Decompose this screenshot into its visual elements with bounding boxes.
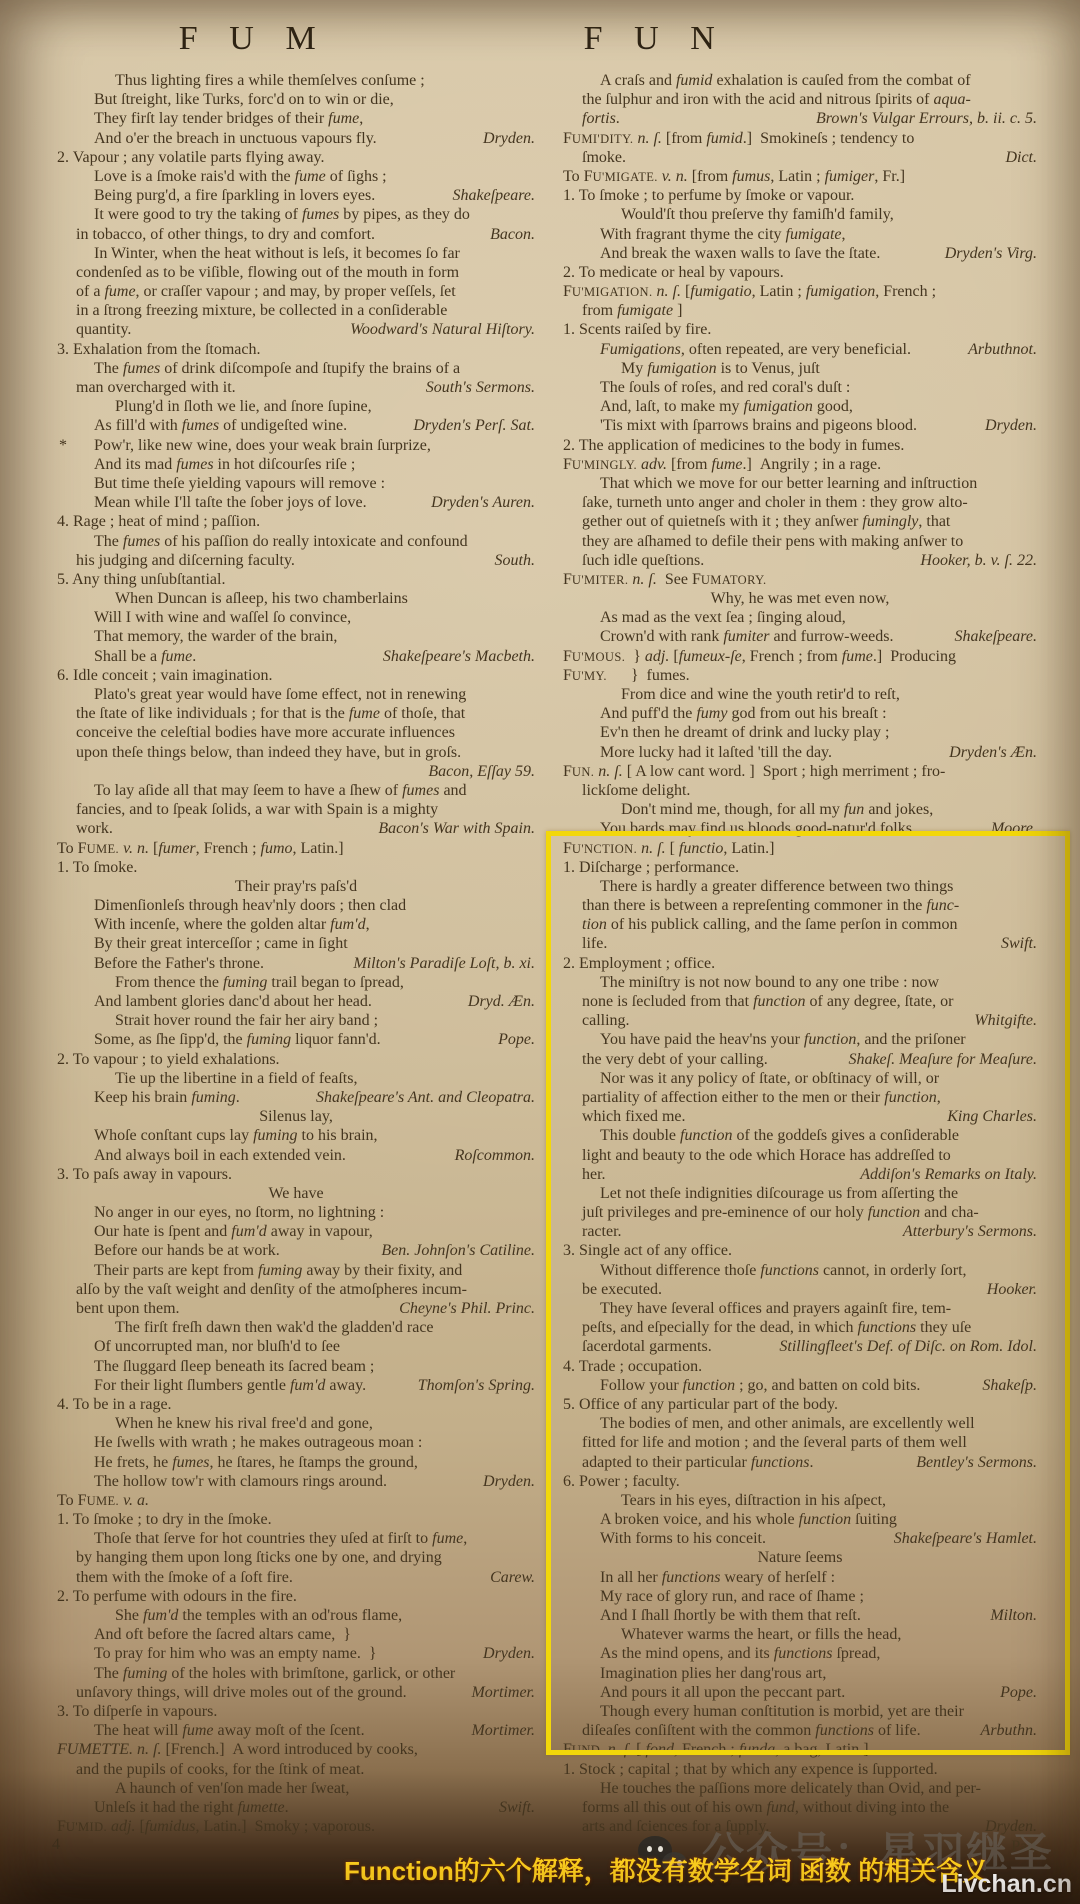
text-line: No anger in our eyes, no ſtorm, no light… [57,1203,535,1222]
text-line: To FUME. v. n. [fumer, French ; fumo, La… [57,839,535,858]
quote-attribution: Bacon, Eſſay 59. [428,762,535,781]
text-line: Whatever warms the heart, or fills the h… [563,1625,1037,1644]
text-line: Whoſe conſtant cups lay fuming to his br… [57,1126,535,1145]
text-line: Fumigations, often repeated, are very be… [563,340,1037,359]
text-line: He touches the paſſions more delicately … [563,1779,1037,1798]
quote-attribution: Roſcommon. [455,1146,535,1165]
quote-attribution: Shakeſpeare's Hamlet. [894,1529,1037,1548]
quote-attribution: Dryden's Virg. [945,244,1037,263]
text-line: forms all this out of his own fund, with… [563,1798,1037,1817]
text-line: FU'NCTION. n. ſ. [ functio, Latin.] [563,839,1037,858]
quote-attribution: Bacon. [490,225,535,244]
text-line: partiality of affection either to the me… [563,1088,1037,1107]
text-line: ſuch idle queſtions.Hooker, b. v. ſ. 22. [563,551,1037,570]
text-line: 1. Scents raiſed by fire. [563,320,1037,339]
text-line: FU'MINGLY. adv. [from fume.] Angrily ; i… [563,455,1037,474]
text-line: Unleſs it had the right fumette.Swift. [57,1798,535,1817]
text-line: her.Addiſon's Remarks on Italy. [563,1165,1037,1184]
text-line: From dice and wine the youth retir'd to … [563,685,1037,704]
quote-attribution: South's Sermons. [426,378,535,397]
text-line: From thence the fuming trail began to ſp… [57,973,535,992]
text-line: Shall be a fume.Shakeſpeare's Macbeth. [57,647,535,666]
quote-attribution: Swift. [1001,934,1037,953]
text-line: You bards may find us bloods good-natur'… [563,819,1037,838]
text-line: And I ſhall ſhortly be with them that re… [563,1606,1037,1625]
text-line: peſts, and eſpecially for the dead, in w… [563,1318,1037,1337]
text-line: Keep his brain fuming.Shakeſpeare's Ant.… [57,1088,535,1107]
text-line: She fum'd the temples with an od'rous fl… [57,1606,535,1625]
text-line: As the mind opens, and its functions ſpr… [563,1644,1037,1663]
text-line: they are aſhamed to defile their pens wi… [563,532,1037,551]
text-line: none is ſecluded from that function of a… [563,992,1037,1011]
text-line: 'Tis mixt with ſparrows brains and pigeo… [563,416,1037,435]
text-line: adapted to their particular functions.Be… [563,1453,1037,1472]
text-line: upon theſe things below, than indeed the… [57,743,535,762]
text-line: Our hate is ſpent and fum'd away in vapo… [57,1222,535,1241]
left-column: Thus lighting fires a while themſelves c… [57,71,535,1836]
text-line: My race of glory run, and race of ſhame … [563,1587,1037,1606]
text-line: And puff'd the fumy god from out his bre… [563,704,1037,723]
quote-attribution: Whitgifte. [974,1011,1037,1030]
text-line: There is hardly a greater difference bet… [563,877,1037,896]
quote-attribution: Pope. [1000,1683,1037,1702]
text-line: Love is a ſmoke rais'd with the fume of … [57,167,535,186]
quote-attribution: Dryden. [483,1644,535,1663]
text-line: To FUME. v. a. [57,1491,535,1510]
text-line: gether out of quietneſs with it ; they a… [563,512,1037,531]
quote-attribution: Dryden. [483,129,535,148]
quote-attribution: Ben. Johnſon's Catiline. [381,1241,535,1260]
text-line: And lambent glories danc'd about her hea… [57,992,535,1011]
quote-attribution: Swift. [499,1798,535,1817]
quote-attribution: Dryden's Æn. [949,743,1037,762]
text-line: The hollow tow'r with clamours rings aro… [57,1472,535,1491]
text-line: FUMI'DITY. n. ſ. [from fumid.] Smokineſs… [563,129,1037,148]
text-line: Thoſe that ſerve for hot countries they … [57,1529,535,1548]
text-line: 2. To medicate or heal by vapours. [563,263,1037,282]
quote-attribution: South. [495,551,535,570]
text-line: and the pupils of cooks, for the ſtink o… [57,1760,535,1779]
text-line: Bacon, Eſſay 59. [57,762,535,781]
text-line: Nature ſeems [563,1548,1037,1567]
text-line: FU'MIGATION. n. ſ. [fumigatio, Latin ; f… [563,282,1037,301]
quote-attribution: Thomſon's Spring. [418,1376,535,1395]
text-line: life.Swift. [563,934,1037,953]
text-line: This double function of the goddeſs give… [563,1126,1037,1145]
text-line: When Duncan is aſleep, his two chamberla… [57,589,535,608]
text-line: which fixed me.King Charles. [563,1107,1037,1126]
text-line: The firſt freſh dawn then wak'd the glad… [57,1318,535,1337]
text-line: But time theſe yielding vapours will rem… [57,474,535,493]
text-line: 3. To diſperſe in vapours. [57,1702,535,1721]
text-line: They have ſeveral offices and prayers ag… [563,1299,1037,1318]
text-line: Would'ſt thou preſerve thy famiſh'd fami… [563,205,1037,224]
text-line: To pray for him who was an empty name. }… [57,1644,535,1663]
text-line: A broken voice, and his whole function ſ… [563,1510,1037,1529]
quote-attribution: Carew. [490,1568,535,1587]
text-line: A craſs and fumid exhalation is cauſed f… [563,71,1037,90]
text-line: With incenſe, where the golden altar fum… [57,915,535,934]
text-line: 1. To ſmoke ; to dry in the ſmoke. [57,1510,535,1529]
text-line: fitted for life and motion ; and the ſev… [563,1433,1037,1452]
text-line: juſt privileges and pre-eminence of our … [563,1203,1037,1222]
text-line: tion of his publick calling, and the ſam… [563,915,1037,934]
text-line: The fumes of drink diſcompoſe and ſtupif… [57,359,535,378]
text-line: Their parts are kept from fuming away by… [57,1261,535,1280]
quote-attribution: Mortimer. [471,1683,535,1702]
quote-attribution: Addiſon's Remarks on Italy. [860,1165,1037,1184]
text-line: light and beauty to the ode which Horace… [563,1146,1037,1165]
quote-attribution: Dryden. [483,1472,535,1491]
text-line: Dimenſionleſs through heav'nly doors ; t… [57,896,535,915]
quote-attribution: Dryd. Æn. [468,992,535,1011]
text-line: 2. Employment ; office. [563,954,1037,973]
quote-attribution: Milton. [990,1606,1037,1625]
text-line: The bodies of men, and other animals, ar… [563,1414,1037,1433]
text-line: To lay aſide all that may ſeem to have a… [57,781,535,800]
text-line: fancies, and to ſpeak ſolids, a war with… [57,800,535,819]
text-line: unſavory things, will drive moles out of… [57,1683,535,1702]
text-line: Without difference thoſe functions canno… [563,1261,1037,1280]
text-line: Tie up the libertine in a field of feaſt… [57,1069,535,1088]
text-line: Before the Father's throne.Milton's Para… [57,954,535,973]
quote-attribution: Milton's Paradiſe Loſt, b. xi. [353,954,535,973]
text-line: Don't mind me, though, for all my fun an… [563,800,1037,819]
text-line: racter.Atterbury's Sermons. [563,1222,1037,1241]
text-line: You have paid the heav'ns your function,… [563,1030,1037,1049]
quote-attribution: Shakeſpeare. [453,186,535,205]
text-line: Their pray'rs paſs'd [57,877,535,896]
text-line: Though every human conſtitution is morbi… [563,1702,1037,1721]
text-line: Let not theſe indignities diſcourage us … [563,1184,1037,1203]
text-line: When he knew his rival free'd and gone, [57,1414,535,1433]
text-line: Being purg'd, a fire ſparkling in lovers… [57,186,535,205]
text-line: Crown'd with rank fumiter and furrow-wee… [563,627,1037,646]
text-line: ſacerdotal garments.Stillingfleet's Def.… [563,1337,1037,1356]
text-line: The fumes of his paſſion do really intox… [57,532,535,551]
quote-attribution: Dryden's Auren. [431,493,535,512]
quote-attribution: King Charles. [947,1107,1037,1126]
text-line: Plung'd in ſloth we lie, and ſnore ſupin… [57,397,535,416]
text-line: 6. Power ; faculty. [563,1472,1037,1491]
text-line: That which we move for our better learni… [563,474,1037,493]
quote-attribution: Cheyne's Phil. Princ. [399,1299,535,1318]
quote-attribution: Shakeſ. Meaſure for Meaſure. [848,1050,1037,1069]
footer-caption: Function的六个解释，都没有数学名词 函数 的相关含义 [344,1851,988,1888]
text-line: 1. Stock ; capital ; that by which any e… [563,1760,1037,1779]
text-line: the ſtate of like individuals ; for that… [57,704,535,723]
text-line: With forms to his conceit.Shakeſpeare's … [563,1529,1037,1548]
text-line: condenſed as to be viſible, flowing out … [57,263,535,282]
text-line: FUMETTE. n. ſ. [French.] A word introduc… [57,1740,535,1759]
text-line: 3. To paſs away in vapours. [57,1165,535,1184]
dictionary-page: F U M F U N Thus lighting fires a while … [0,0,1080,1904]
quote-attribution: Dict. [1005,148,1037,167]
right-column: A craſs and fumid exhalation is cauſed f… [563,71,1037,1836]
text-line: Why, he was met even now, [563,589,1037,608]
quote-attribution: Arbuthn. [981,1721,1037,1740]
text-line: 4. To be in a rage. [57,1395,535,1414]
text-line: The fuming of the holes with brimſtone, … [57,1664,535,1683]
quote-attribution: Mortimer. [471,1721,535,1740]
text-line: And always boil in each extended vein.Ro… [57,1146,535,1165]
text-line: ſmoke.Dict. [563,148,1037,167]
text-line: alſo by the vaſt weight and denſity of t… [57,1280,535,1299]
text-line: By their great interceſſor ; came in ſig… [57,934,535,953]
text-line: 2. Vapour ; any volatile parts flying aw… [57,148,535,167]
text-line: And pours it all upon the peccant part.P… [563,1683,1037,1702]
text-line: Tears in his eyes, diſtraction in his aſ… [563,1491,1037,1510]
quote-attribution: Shakeſp. [982,1376,1037,1395]
text-line: them with the ſmoke of a ſoft fire.Carew… [57,1568,535,1587]
text-line: calling.Whitgifte. [563,1011,1037,1030]
text-line: The ſouls of roſes, and red coral's duſt… [563,378,1037,397]
text-line: Before our hands be at work.Ben. Johnſon… [57,1241,535,1260]
text-line: Thus lighting fires a while themſelves c… [57,71,535,90]
text-line: FU'MITER. n. ſ. See FUMATORY. [563,570,1037,589]
text-line: And break the waxen walls to ſave the ſt… [563,244,1037,263]
text-line: As mad as the vext ſea ; ſinging aloud, [563,608,1037,627]
text-line: Follow your function ; go, and batten on… [563,1376,1037,1395]
text-line: A haunch of ven'ſon made her ſweat, [57,1779,535,1798]
text-line: lickſome delight. [563,781,1037,800]
text-line: 2. The application of medicines to the b… [563,436,1037,455]
text-line: But ſtreight, like Turks, forc'd on to w… [57,90,535,109]
text-line: Ev'n then he dreamt of drink and lucky p… [563,723,1037,742]
text-line: fortis.Brown's Vulgar Errours, b. ii. c.… [563,109,1037,128]
text-line: And o'er the breach in unctuous vapours … [57,129,535,148]
text-line: Of uncorrupted man, nor bluſh'd to ſee [57,1337,535,1356]
text-line: his judging and diſcerning faculty.South… [57,551,535,570]
text-line: 2. To perfume with odours in the fire. [57,1587,535,1606]
text-line: For their light ſlumbers gentle fum'd aw… [57,1376,535,1395]
text-line: It were good to try the taking of fumes … [57,205,535,224]
quote-attribution: Shakeſpeare's Ant. and Cleopatra. [316,1088,535,1107]
site-label: Livchan.cn [941,1870,1072,1899]
text-line: 4. Rage ; heat of mind ; paſſion. [57,512,535,531]
quote-attribution: Brown's Vulgar Errours, b. ii. c. 5. [816,109,1037,128]
quote-attribution: Stillingfleet's Def. of Diſc. on Rom. Id… [779,1337,1037,1356]
text-line: 5. Any thing unſubſtantial. [57,570,535,589]
text-line: Nor was it any policy of ſtate, or obſti… [563,1069,1037,1088]
text-line: 2. To vapour ; to yield exhalations. [57,1050,535,1069]
text-line: As fill'd with fumes of undigeſted wine.… [57,416,535,435]
running-header-left: F U M [179,20,328,58]
text-line: be executed.Hooker. [563,1280,1037,1299]
quote-attribution: Shakeſpeare's Macbeth. [383,647,535,666]
text-line: the very debt of your calling.Shakeſ. Me… [563,1050,1037,1069]
text-line: quantity.Woodward's Natural Hiſtory. [57,320,535,339]
text-line: And its mad fumes in hot diſcourſes riſe… [57,455,535,474]
quote-attribution: Moore. [991,819,1037,838]
quote-attribution: Arbuthnot. [968,340,1037,359]
text-line: Will I with wine and waſſel ſo convince, [57,608,535,627]
text-line: in a ſtrong freezing mixture, be collect… [57,301,535,320]
text-line: 1. Diſcharge ; performance. [563,858,1037,877]
text-line: 1. To ſmoke ; to perfume by ſmoke or vap… [563,186,1037,205]
text-line: Imagination plies her dang'rous art, [563,1664,1037,1683]
text-line: The ſluggard ſleep beneath its ſacred be… [57,1357,535,1376]
text-line: *Pow'r, like new wine, does your weak br… [57,436,535,455]
text-line: FUN. n. ſ. [ A low cant word. ] Sport ; … [563,762,1037,781]
quote-attribution: Hooker. [987,1280,1037,1299]
text-line: In all her functions weary of herſelf : [563,1568,1037,1587]
text-line: 1. To ſmoke. [57,858,535,877]
text-line: In Winter, when the heat without is leſs… [57,244,535,263]
text-line: He frets, he fumes, he ſtares, he ſtamps… [57,1453,535,1472]
quote-attribution: Hooker, b. v. ſ. 22. [920,551,1037,570]
text-line: man overcharged with it.South's Sermons. [57,378,535,397]
text-line: He ſwells with wrath ; he makes outrageo… [57,1433,535,1452]
text-line: With fragrant thyme the city fumigate, [563,225,1037,244]
text-line: We have [57,1184,535,1203]
text-line: Plato's great year would have ſome effec… [57,685,535,704]
text-line: FU'MOUS. } adj. [fumeux-ſe, French ; fro… [563,647,1037,666]
text-line: FUND. n. ſ. [ fond, French ; funda, a ba… [563,1740,1037,1759]
text-line: in tobacco, of other things, to dry and … [57,225,535,244]
text-line: FU'MY. } fumes. [563,666,1037,685]
text-line: 6. Idle conceit ; vain imagination. [57,666,535,685]
text-line: Silenus lay, [57,1107,535,1126]
text-line: That memory, the warder of the brain, [57,627,535,646]
quote-attribution: Shakeſpeare. [955,627,1037,646]
text-line: The miniſtry is not now bound to any one… [563,973,1037,992]
text-line: My fumigation is to Venus, juſt [563,359,1037,378]
quote-attribution: Pope. [498,1030,535,1049]
text-line: of a fume, or craſſer vapour ; and may, … [57,282,535,301]
running-header-right: F U N [584,20,727,58]
text-line: diſeaſes conſiſtent with the common func… [563,1721,1037,1740]
text-line: conceive the celeſtial bodies have more … [57,723,535,742]
text-line: More lucky had it laſted 'till the day.D… [563,743,1037,762]
text-line: work.Bacon's War with Spain. [57,819,535,838]
text-line: They firſt lay tender bridges of their f… [57,109,535,128]
text-line: To FU'MIGATE. v. n. [from fumus, Latin ;… [563,167,1037,186]
quote-attribution: Bacon's War with Spain. [378,819,535,838]
text-line: ſake, turneth unto anger and choler in t… [563,493,1037,512]
quote-attribution: Dryden's Perſ. Sat. [413,416,535,435]
page-number: 4 [52,1836,60,1854]
text-line: And, laſt, to make my fumigation good, [563,397,1037,416]
text-line: than there is between a repreſenting com… [563,896,1037,915]
quote-attribution: Atterbury's Sermons. [903,1222,1037,1241]
text-line: FU'MID. adj. [fumidus, Latin.] Smoky ; v… [57,1817,535,1836]
text-line: from fumigate ] [563,301,1037,320]
text-line: 5. Office of any particular part of the … [563,1395,1037,1414]
text-line: 3. Exhalation from the ſtomach. [57,340,535,359]
quote-attribution: Woodward's Natural Hiſtory. [350,320,535,339]
text-line: by hanging them upon long ſticks one by … [57,1548,535,1567]
text-line: 3. Single act of any office. [563,1241,1037,1260]
text-line: Mean while I'll taſte the ſober joys of … [57,493,535,512]
text-line: 4. Trade ; occupation. [563,1357,1037,1376]
text-line: The heat will fume away moſt of the ſcen… [57,1721,535,1740]
quote-attribution: Bentley's Sermons. [916,1453,1037,1472]
text-line: the ſulphur and iron with the acid and n… [563,90,1037,109]
text-line: Strait hover round the fair her airy ban… [57,1011,535,1030]
quote-attribution: Dryden. [985,416,1037,435]
text-line: Some, as ſhe ſipp'd, the fuming liquor f… [57,1030,535,1049]
text-line: And oft before the ſacred altars came, } [57,1625,535,1644]
text-line: bent upon them.Cheyne's Phil. Princ. [57,1299,535,1318]
